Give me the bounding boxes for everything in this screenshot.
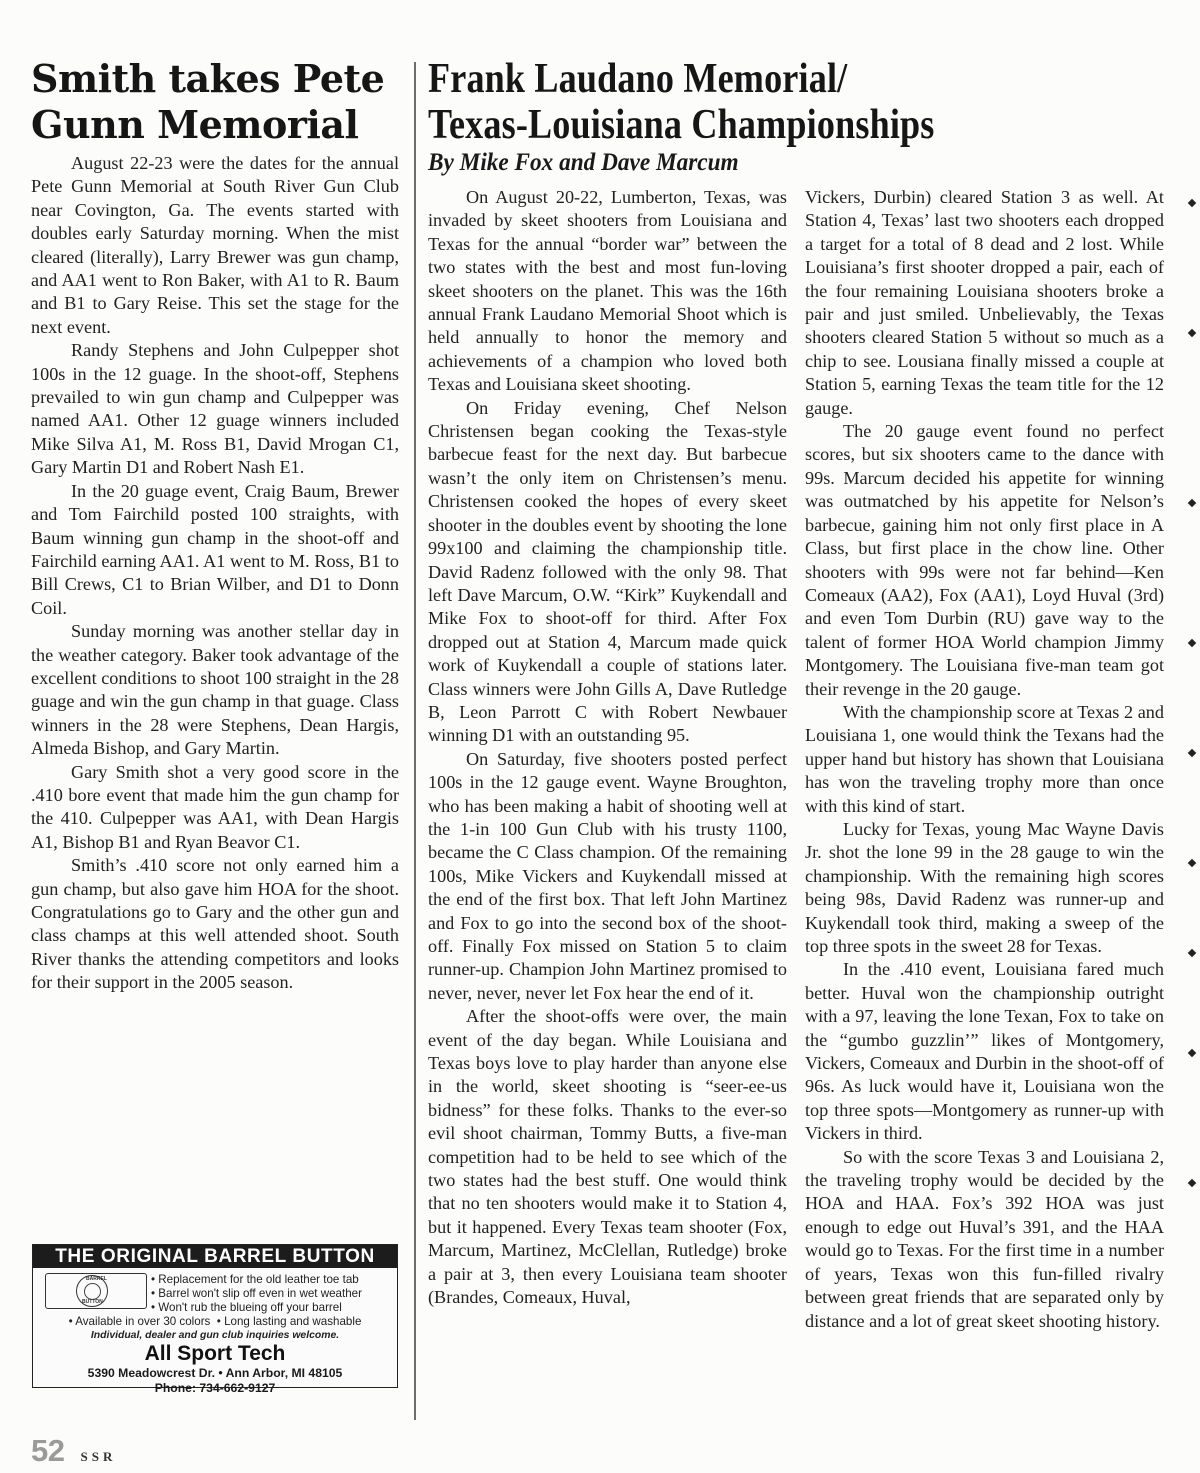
ad-top-row: BARREL BUTTON Replacement for the old le… xyxy=(33,1273,397,1315)
paragraph: On August 20-22, Lumberton, Texas, was i… xyxy=(428,186,787,397)
column-divider xyxy=(414,62,416,1420)
right-article-column-1: On August 20-22, Lumberton, Texas, was i… xyxy=(428,186,787,1333)
ad-features-line: Available in over 30 colorsLong lasting … xyxy=(33,1315,397,1329)
paragraph: Gary Smith shot a very good score in the… xyxy=(31,761,399,855)
ad-bullet: Replacement for the old leather toe tab xyxy=(151,1273,362,1287)
paragraph: On Friday evening, Chef Nelson Christens… xyxy=(428,397,787,748)
barrel-button-ad: THE ORIGINAL BARREL BUTTON BARREL BUTTON… xyxy=(32,1244,398,1388)
ad-bullet-list: Replacement for the old leather toe tab … xyxy=(151,1273,362,1315)
ad-feature: Available in over 30 colors xyxy=(69,1315,211,1328)
paragraph: August 22-23 were the dates for the annu… xyxy=(31,152,399,339)
paragraph: The 20 gauge event found no perfect scor… xyxy=(805,420,1164,701)
ad-bullet: Barrel won't slip off even in wet weathe… xyxy=(151,1287,362,1301)
ad-bullet: Won't rub the blueing off your barrel xyxy=(151,1301,362,1315)
right-article-columns: On August 20-22, Lumberton, Texas, was i… xyxy=(428,186,1164,1333)
right-article-headline: Frank Laudano Memorial/ Texas-Louisiana … xyxy=(428,56,1168,148)
paragraph: With the championship score at Texas 2 a… xyxy=(805,701,1164,818)
left-article: Smith takes Pete Gunn Memorial August 22… xyxy=(31,56,399,995)
logo-text-bottom: BUTTON xyxy=(82,1299,103,1305)
right-article-column-2: Vickers, Durbin) cleared Station 3 as we… xyxy=(805,186,1164,1333)
paragraph: On Saturday, five shooters posted perfec… xyxy=(428,748,787,1005)
ad-title: THE ORIGINAL BARREL BUTTON xyxy=(33,1245,397,1268)
paragraph: Lucky for Texas, young Mac Wayne Davis J… xyxy=(805,818,1164,958)
paragraph: After the shoot-offs were over, the main… xyxy=(428,1005,787,1309)
publication-name: SSR xyxy=(80,1449,116,1465)
headline-line-2: Texas-Louisiana Championships xyxy=(428,102,935,148)
ad-address: 5390 Meadowcrest Dr. • Ann Arbor, MI 481… xyxy=(33,1366,397,1381)
headline-line-1: Frank Laudano Memorial/ xyxy=(428,56,847,102)
paragraph-continued: Vickers, Durbin) cleared Station 3 as we… xyxy=(805,186,1164,420)
page-number: 52 xyxy=(31,1433,64,1469)
binding-edge-marks xyxy=(1186,150,1200,1270)
paragraph: Smith’s .410 score not only earned him a… xyxy=(31,854,399,994)
paragraph: In the .410 event, Louisiana fared much … xyxy=(805,958,1164,1145)
page-folio: 52 SSR xyxy=(31,1433,116,1469)
left-article-body: August 22-23 were the dates for the annu… xyxy=(31,152,399,995)
paragraph: Randy Stephens and John Culpepper shot 1… xyxy=(31,339,399,479)
ad-phone: Phone: 734-662-9127 xyxy=(33,1381,397,1396)
ad-feature: Long lasting and washable xyxy=(210,1315,361,1328)
paragraph: In the 20 guage event, Craig Baum, Brewe… xyxy=(31,480,399,620)
logo-text-top: BARREL xyxy=(86,1276,107,1282)
barrel-button-logo-icon: BARREL BUTTON xyxy=(45,1273,147,1309)
ad-tagline: Individual, dealer and gun club inquirie… xyxy=(33,1329,397,1342)
left-article-headline: Smith takes Pete Gunn Memorial xyxy=(31,56,399,148)
byline: By Mike Fox and Dave Marcum xyxy=(428,148,1112,178)
paragraph: Sunday morning was another stellar day i… xyxy=(31,620,399,760)
ad-company-name: All Sport Tech xyxy=(33,1342,397,1366)
right-article: Frank Laudano Memorial/ Texas-Louisiana … xyxy=(428,56,1164,1333)
magazine-page: Smith takes Pete Gunn Memorial August 22… xyxy=(0,0,1200,1473)
paragraph: So with the score Texas 3 and Louisiana … xyxy=(805,1146,1164,1333)
